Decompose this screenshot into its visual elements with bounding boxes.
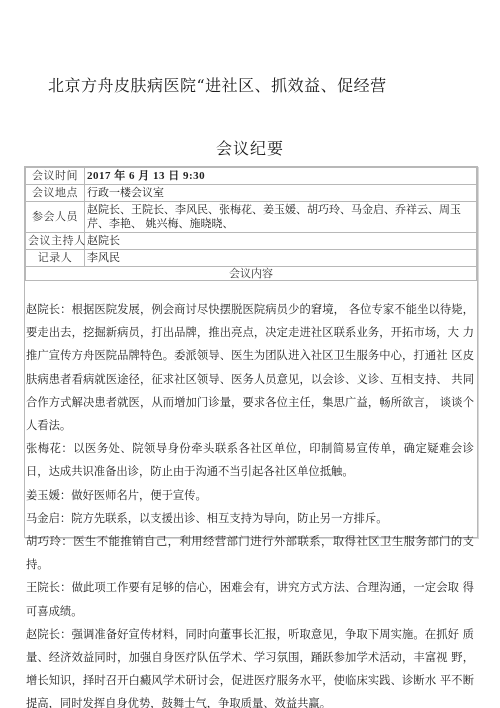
minute-text: 院方先联系，以支援出诊、相互支持为导向，防止另一方排斥。 bbox=[71, 512, 387, 525]
minute-item: 姜玉媛：做好医师名片，便于宣传。 bbox=[26, 484, 474, 507]
speaker-name: 姜玉媛： bbox=[26, 489, 71, 502]
minute-item: 张梅花：以医务处、院领导身份牵头联系各社区单位，印制简易宣传单，确定疑难会诊 日… bbox=[26, 437, 474, 483]
speaker-name: 王院长： bbox=[26, 581, 72, 594]
value-meeting-time: 2017 年 6 月 13 日 9:30 bbox=[85, 168, 477, 185]
minute-item: 马金启：院方先联系，以支援出诊、相互支持为导向，防止另一方排斥。 bbox=[26, 507, 474, 530]
table-row-host: 会议主持人 赵院长 bbox=[26, 233, 477, 250]
document-title: 北京方舟皮肤病医院“进社区、抓效益、促经营 bbox=[48, 73, 387, 96]
minute-text: 医生不能推销自己，利用经营部门进行外部联系，取得社区卫生服务部门的支 持。 bbox=[26, 535, 474, 571]
label-attendees: 参会人员 bbox=[26, 202, 85, 233]
minute-item: 胡巧玲：医生不能推销自己，利用经营部门进行外部联系，取得社区卫生服务部门的支 持… bbox=[26, 530, 474, 576]
value-recorder: 李风民 bbox=[85, 250, 477, 267]
speaker-name: 胡巧玲： bbox=[26, 535, 73, 548]
label-host: 会议主持人 bbox=[26, 233, 85, 250]
speaker-name: 赵院长： bbox=[26, 628, 72, 641]
label-meeting-location: 会议地点 bbox=[26, 185, 85, 202]
label-recorder: 记录人 bbox=[26, 250, 85, 267]
minute-item: 赵院长：强调准备好宣传材料，同时向董事长汇报，听取意见，争取下周实施。在抓好 质… bbox=[26, 623, 474, 708]
document-subtitle: 会议纪要 bbox=[0, 136, 500, 159]
minute-text: 做好医师名片，便于宣传。 bbox=[71, 489, 207, 502]
table-row-attendees: 参会人员 赵院长、王院长、李风民、张梅花、姜玉媛、胡巧玲、马金启、乔祥云、周玉芹… bbox=[26, 202, 477, 233]
minute-text: 做此项工作要有足够的信心，困难会有，讲究方式方法、合理沟通，一定会取 得可喜成绩… bbox=[26, 581, 474, 617]
minute-text: 强调准备好宣传材料，同时向董事长汇报，听取意见，争取下周实施。在抓好 质量、经济… bbox=[26, 628, 474, 708]
value-host: 赵院长 bbox=[85, 233, 477, 250]
value-attendees: 赵院长、王院长、李风民、张梅花、姜玉媛、胡巧玲、马金启、乔祥云、周玉芹、李艳、 … bbox=[85, 202, 477, 233]
table-row-recorder: 记录人 李风民 bbox=[26, 250, 477, 267]
meeting-info-table: 会议时间 2017 年 6 月 13 日 9:30 会议地点 行政一楼会议室 参… bbox=[25, 167, 477, 281]
content-header: 会议内容 bbox=[26, 267, 477, 281]
table-row-content-header: 会议内容 bbox=[26, 267, 477, 281]
speaker-name: 马金启： bbox=[26, 512, 71, 525]
label-meeting-time: 会议时间 bbox=[26, 168, 85, 185]
value-meeting-location: 行政一楼会议室 bbox=[85, 185, 477, 202]
meeting-minutes: 赵院长：根据医院发展，例会商讨尽快摆脱医院病员少的窘境， 各位专家不能坐以待毙，… bbox=[26, 298, 474, 708]
minute-item: 赵院长：根据医院发展，例会商讨尽快摆脱医院病员少的窘境， 各位专家不能坐以待毙，… bbox=[26, 298, 474, 437]
speaker-name: 张梅花： bbox=[26, 442, 73, 455]
table-row-time: 会议时间 2017 年 6 月 13 日 9:30 bbox=[26, 168, 477, 185]
minute-text: 以医务处、院领导身份牵头联系各社区单位，印制简易宣传单，确定疑难会诊 日，达成共… bbox=[26, 442, 474, 478]
speaker-name: 赵院长： bbox=[26, 303, 72, 316]
minute-text: 根据医院发展，例会商讨尽快摆脱医院病员少的窘境， 各位专家不能坐以待毙， 要走出… bbox=[26, 303, 474, 432]
table-row-location: 会议地点 行政一楼会议室 bbox=[26, 185, 477, 202]
minute-item: 王院长：做此项工作要有足够的信心，困难会有，讲究方式方法、合理沟通，一定会取 得… bbox=[26, 576, 474, 622]
